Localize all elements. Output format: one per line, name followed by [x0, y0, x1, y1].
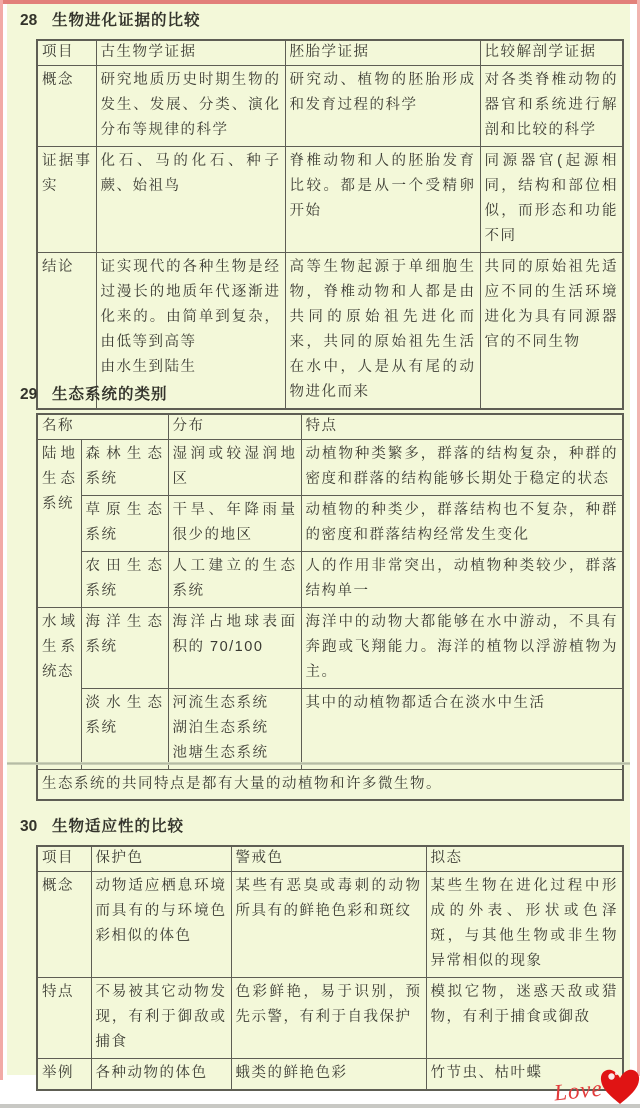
- table-row: 淡水生态系统 河流生态系统 湖泊生态系统 池塘生态系统 其中的动植物都适合在淡水…: [37, 689, 623, 770]
- table-row: 草原生态系统 干旱、年降雨量很少的地区 动植物的种类少，群落结构也不复杂，种群的…: [37, 496, 623, 552]
- column-header: 警戒色: [231, 846, 426, 872]
- section-ecosystem-types: 29 生态系统的类别 名称 分布 特点 陆地生态系统 森林生态系统 湿润或较湿润…: [20, 384, 622, 801]
- table-cell: 色彩鲜艳，易于识别，预先示警，有利于自我保护: [231, 978, 426, 1059]
- table-cell: 人的作用非常突出，动植物种类较少，群落结构单一: [301, 552, 623, 608]
- table-cell: 蛾类的鲜艳色彩: [231, 1059, 426, 1091]
- column-header: 特点: [301, 414, 623, 440]
- column-header: 拟态: [426, 846, 623, 872]
- table-row: 概念 研究地质历史时期生物的发生、发展、分类、演化分布等规律的科学 研究动、植物…: [37, 66, 623, 147]
- love-text: Love: [553, 1076, 604, 1107]
- table-cell: 各种动物的体色: [91, 1059, 231, 1091]
- love-watermark: Love: [552, 1064, 640, 1108]
- section-title: 生物适应性的比较: [52, 816, 184, 838]
- table-cell: 人工建立的生态系统: [168, 552, 301, 608]
- table-cell: 海洋中的动物大都能够在水中游动，不具有奔跑或飞翔能力。海洋的植物以浮游植物为主。: [301, 608, 623, 689]
- evolution-evidence-table: 项目 古生物学证据 胚胎学证据 比较解剖学证据 概念 研究地质历史时期生物的发生…: [36, 39, 624, 410]
- section-heading: 28 生物进化证据的比较: [20, 10, 622, 32]
- table-cell: 湿润或较湿润地区: [168, 440, 301, 496]
- column-header: 项目: [37, 40, 96, 66]
- table-row: 特点 不易被其它动物发现，有利于御敌或捕食 色彩鲜艳，易于识别，预先示警，有利于…: [37, 978, 623, 1059]
- column-header: 比较解剖学证据: [480, 40, 623, 66]
- group-label: 陆地生态系统: [37, 440, 81, 608]
- table-cell: 同源器官(起源相同，结构和部位相似，而形态和功能不同: [480, 147, 623, 253]
- table-row: 水域生系统态 海洋生态系统 海洋占地球表面积的 70/100 海洋中的动物大都能…: [37, 608, 623, 689]
- column-header: 保护色: [91, 846, 231, 872]
- section-adaptation-comparison: 30 生物适应性的比较 项目 保护色 警戒色 拟态 概念 动物适应栖息环境而具有…: [20, 816, 622, 1091]
- table-cell: 研究地质历史时期生物的发生、发展、分类、演化分布等规律的科学: [96, 66, 285, 147]
- section-number: 28: [20, 10, 44, 32]
- table-header-row: 项目 保护色 警戒色 拟态: [37, 846, 623, 872]
- column-header: 胚胎学证据: [285, 40, 480, 66]
- table-cell: 河流生态系统 湖泊生态系统 池塘生态系统: [168, 689, 301, 770]
- ecosystem-types-table: 名称 分布 特点 陆地生态系统 森林生态系统 湿润或较湿润地区 动植物种类繁多，…: [36, 413, 624, 801]
- page: 28 生物进化证据的比较 项目 古生物学证据 胚胎学证据 比较解剖学证据 概念 …: [0, 0, 640, 1108]
- row-label: 特点: [37, 978, 91, 1059]
- table-header-row: 项目 古生物学证据 胚胎学证据 比较解剖学证据: [37, 40, 623, 66]
- table-cell: 动植物种类繁多，群落的结构复杂，种群的密度和群落的结构能够长期处于稳定的状态: [301, 440, 623, 496]
- column-header: 项目: [37, 846, 91, 872]
- adaptation-table: 项目 保护色 警戒色 拟态 概念 动物适应栖息环境而具有的与环境色彩相似的体色 …: [36, 845, 624, 1091]
- table-row: 证据事实 化石、马的化石、种子蕨、始祖鸟 脊椎动物和人的胚胎发育比较。都是从一个…: [37, 147, 623, 253]
- table-cell: 海洋生态系统: [81, 608, 168, 689]
- table-cell: 海洋占地球表面积的 70/100: [168, 608, 301, 689]
- table-row: 概念 动物适应栖息环境而具有的与环境色彩相似的体色 某些有恶臭或毒刺的动物所具有…: [37, 872, 623, 978]
- table-cell: 干旱、年降雨量很少的地区: [168, 496, 301, 552]
- table-cell: 动植物的种类少，群落结构也不复杂，种群的密度和群落结构经常发生变化: [301, 496, 623, 552]
- table-cell: 其中的动植物都适合在淡水中生活: [301, 689, 623, 770]
- table-cell: 脊椎动物和人的胚胎发育比较。都是从一个受精卵开始: [285, 147, 480, 253]
- section-number: 30: [20, 816, 44, 838]
- section-heading: 30 生物适应性的比较: [20, 816, 622, 838]
- page-bottom-edge: [0, 1104, 640, 1108]
- row-label: 举例: [37, 1059, 91, 1091]
- page-left-edge: [0, 0, 3, 1080]
- table-row: 农田生态系统 人工建立的生态系统 人的作用非常突出，动植物种类较少，群落结构单一: [37, 552, 623, 608]
- table-cell: 研究动、植物的胚胎形成和发育过程的科学: [285, 66, 480, 147]
- heart-icon: [598, 1064, 640, 1108]
- table-cell: 不易被其它动物发现，有利于御敌或捕食: [91, 978, 231, 1059]
- scan-fold-line: [7, 762, 630, 765]
- table-footer-note: 生态系统的共同特点是都有大量的动植物和许多微生物。: [37, 770, 623, 801]
- section-number: 29: [20, 384, 44, 406]
- column-header: 名称: [37, 414, 168, 440]
- section-heading: 29 生态系统的类别: [20, 384, 622, 406]
- page-top-edge: [0, 0, 640, 4]
- table-cell: 淡水生态系统: [81, 689, 168, 770]
- table-row: 举例 各种动物的体色 蛾类的鲜艳色彩 竹节虫、枯叶蝶: [37, 1059, 623, 1091]
- row-label: 概念: [37, 872, 91, 978]
- section-evolution-evidence: 28 生物进化证据的比较 项目 古生物学证据 胚胎学证据 比较解剖学证据 概念 …: [20, 10, 622, 410]
- table-cell: 草原生态系统: [81, 496, 168, 552]
- table-header-row: 名称 分布 特点: [37, 414, 623, 440]
- table-cell: 化石、马的化石、种子蕨、始祖鸟: [96, 147, 285, 253]
- section-title: 生物进化证据的比较: [52, 10, 201, 32]
- column-header: 古生物学证据: [96, 40, 285, 66]
- row-label: 概念: [37, 66, 96, 147]
- table-cell: 森林生态系统: [81, 440, 168, 496]
- section-title: 生态系统的类别: [52, 384, 168, 406]
- column-header: 分布: [168, 414, 301, 440]
- table-cell: 动物适应栖息环境而具有的与环境色彩相似的体色: [91, 872, 231, 978]
- table-cell: 某些有恶臭或毒刺的动物所具有的鲜艳色彩和斑纹: [231, 872, 426, 978]
- document-paper: 28 生物进化证据的比较 项目 古生物学证据 胚胎学证据 比较解剖学证据 概念 …: [7, 4, 630, 1075]
- table-cell: 某些生物在进化过程中形成的外表、形状或色泽斑，与其他生物或非生物异常相似的现象: [426, 872, 623, 978]
- table-row: 陆地生态系统 森林生态系统 湿润或较湿润地区 动植物种类繁多，群落的结构复杂，种…: [37, 440, 623, 496]
- row-label: 证据事实: [37, 147, 96, 253]
- table-cell: 农田生态系统: [81, 552, 168, 608]
- group-label: 水域生系统态: [37, 608, 81, 770]
- table-cell: 对各类脊椎动物的器官和系统进行解剖和比较的科学: [480, 66, 623, 147]
- table-footer-row: 生态系统的共同特点是都有大量的动植物和许多微生物。: [37, 770, 623, 801]
- table-cell: 模拟它物，迷惑天敌或猎物，有利于捕食或御敌: [426, 978, 623, 1059]
